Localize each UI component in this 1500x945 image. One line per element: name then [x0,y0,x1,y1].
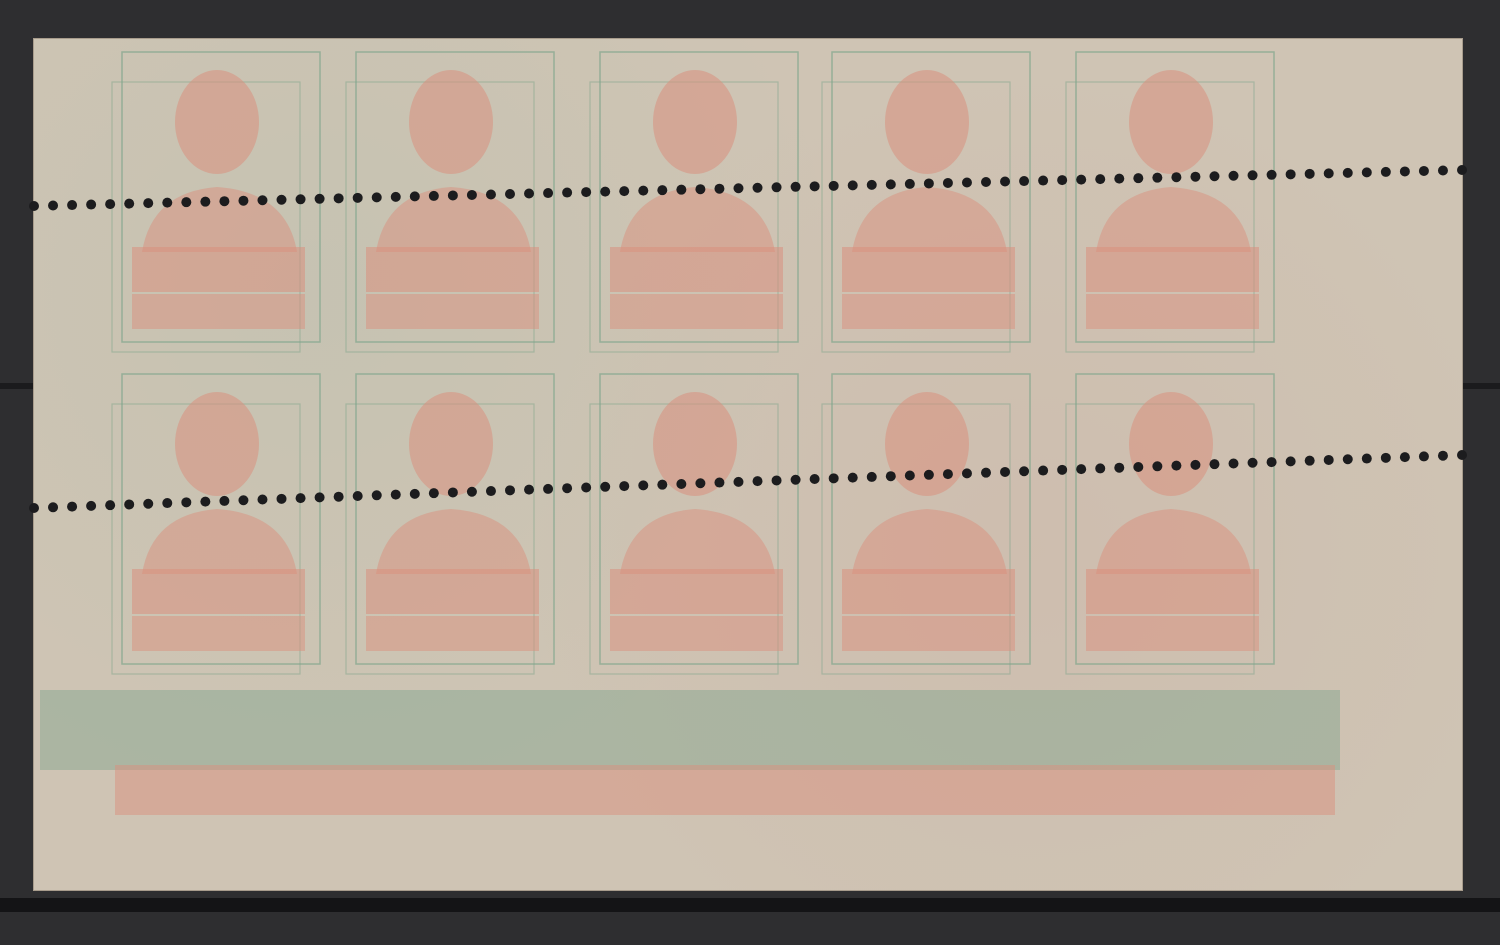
perforation-hole [962,177,972,187]
perforation-hole [810,474,820,484]
perforation-hole [429,488,439,498]
perforation-hole [791,182,801,192]
perforation-hole [1400,452,1410,462]
perforation-hole [924,178,934,188]
perforation-hole [1362,167,1372,177]
perforation-hole [638,480,648,490]
perforation-hole [1248,458,1258,468]
perforation-hole [1457,450,1467,460]
perforation-hole [1057,175,1067,185]
perforation-hole [1209,171,1219,181]
perforation-hole [257,495,267,505]
perforation-hole [410,489,420,499]
perforation-hole [1457,165,1467,175]
perforation-hole [1152,461,1162,471]
perforation-hole [733,477,743,487]
perforation-hole [1076,175,1086,185]
perforation-hole [162,498,172,508]
perforation-hole [391,192,401,202]
perforation-hole [1419,166,1429,176]
perforation-hole [1438,451,1448,461]
stamp-block-illustration [0,0,1500,945]
perforation-hole [886,179,896,189]
perforation-hole [505,189,515,199]
perforation-hole [372,192,382,202]
perforation-hole [753,183,763,193]
perforation-hole [1171,461,1181,471]
perforation-hole [943,469,953,479]
perforation-hole [1019,176,1029,186]
perforation-hole [1419,451,1429,461]
perforation-hole [1190,460,1200,470]
perforation-hole [67,502,77,512]
perforation-hole [1324,168,1334,178]
perforation-hole [86,501,96,511]
perforation-hole [200,197,210,207]
perforation-hole [296,493,306,503]
perforation-hole [1381,167,1391,177]
perforation-hole [657,480,667,490]
perforation-hole [543,188,553,198]
perforation-hole [1400,166,1410,176]
perforation-hole [886,471,896,481]
perforation-hole [810,181,820,191]
perforation-hole [1286,169,1296,179]
perforation-hole [238,196,248,206]
perforation-hole [676,185,686,195]
perforation-hole [1038,466,1048,476]
perforation-hole [791,475,801,485]
perforation-hole [315,492,325,502]
perforation-hole [848,180,858,190]
perforation-hole [372,490,382,500]
perforation-hole [1324,455,1334,465]
perforation-hole [296,194,306,204]
perforation-hole [867,180,877,190]
perforation-hole [962,468,972,478]
perforation-hole [353,491,363,501]
portrait-head [653,70,737,174]
perforation-hole [772,182,782,192]
perforation-hole [1171,172,1181,182]
portrait-head [1129,70,1213,174]
perforation-hole [277,494,287,504]
perforation-hole [48,201,58,211]
perforation-hole [600,187,610,197]
portrait-head [409,392,493,496]
perforation-hole [943,178,953,188]
perforation-hole [143,198,153,208]
perforation-hole [334,492,344,502]
perforation-hole [600,482,610,492]
perforation-hole [676,479,686,489]
perforation-hole [467,190,477,200]
perforation-hole [1286,456,1296,466]
perforation-hole [181,197,191,207]
perforation-hole [848,473,858,483]
perforation-hole [277,195,287,205]
perforation-hole [486,189,496,199]
perforation-hole [524,189,534,199]
perforation-hole [143,499,153,509]
perforation-hole [1095,463,1105,473]
perforation-hole [1209,459,1219,469]
perforation-hole [1381,453,1391,463]
perforation-hole [1019,466,1029,476]
portrait-head [885,392,969,496]
perforation-hole [1229,171,1239,181]
perforation-hole [581,483,591,493]
perforation-hole [695,184,705,194]
perforation-hole [1057,465,1067,475]
perforation-hole [181,497,191,507]
perforation-hole [429,191,439,201]
perforation-hole [1305,169,1315,179]
perforation-hole [124,499,134,509]
perforation-hole [924,470,934,480]
perforation-hole [1438,165,1448,175]
perforation-hole [753,476,763,486]
perforation-hole [1267,170,1277,180]
perforation-hole [467,487,477,497]
perforation-hole [1267,457,1277,467]
perforation-hole [486,486,496,496]
perforation-hole [238,495,248,505]
perforation-hole [733,183,743,193]
perforation-hole [1114,463,1124,473]
perforation-hole [1000,467,1010,477]
perforation-hole [543,484,553,494]
perforation-hole [29,201,39,211]
perforation-hole [562,483,572,493]
perforation-hole [1362,454,1372,464]
perforation-hole [1000,177,1010,187]
perforation-hole [867,472,877,482]
perforation-hole [562,188,572,198]
perforation-hole [829,473,839,483]
perforation-hole [524,485,534,495]
perforation-hole [772,475,782,485]
perforation-hole [448,487,458,497]
perforation-hole [67,200,77,210]
perforation-hole [257,195,267,205]
perforation-hole [581,187,591,197]
perforation-hole [391,490,401,500]
perforation-hole [124,199,134,209]
perforation-hole [505,485,515,495]
perforation-hole [1190,172,1200,182]
perforation-hole [695,478,705,488]
perforation-hole [714,478,724,488]
perforation-hole [1114,174,1124,184]
perforation-hole [1229,458,1239,468]
perforation-hole [105,500,115,510]
perforation-hole [29,503,39,513]
perforation-hole [619,186,629,196]
perforation-hole [905,179,915,189]
perforation-hole [200,497,210,507]
perforation-hole [162,198,172,208]
perforation-hole [1305,456,1315,466]
perforation-hole [410,191,420,201]
perforation-hole [1133,173,1143,183]
perforation-hole [981,468,991,478]
portrait-head [175,392,259,496]
perforation-hole [334,193,344,203]
perforation-hole [48,502,58,512]
perforation-hole [1343,454,1353,464]
perforation-hole [619,481,629,491]
perforation-hole [219,196,229,206]
perforation-hole [981,177,991,187]
perforation-hole [1095,174,1105,184]
perforation-hole [829,181,839,191]
portrait-head [175,70,259,174]
perforation-hole [315,194,325,204]
perforation-hole [1152,173,1162,183]
perforation-hole [714,184,724,194]
perforation-hole [657,185,667,195]
portrait-head [409,70,493,174]
perforation-hole [1248,170,1258,180]
perforation-hole [638,186,648,196]
perforation-hole [1076,464,1086,474]
perforation-hole [448,190,458,200]
perforation-hole [105,199,115,209]
perforation-hole [1343,168,1353,178]
margin-red-bar [115,765,1335,815]
perforation-hole [219,496,229,506]
margin-green-bar [40,690,1340,770]
portrait-head [1129,392,1213,496]
portrait-head [885,70,969,174]
perforation-hole [1133,462,1143,472]
perforation-hole [86,200,96,210]
perforation-hole [1038,176,1048,186]
perforation-hole [905,470,915,480]
portrait-head [653,392,737,496]
perforation-hole [353,193,363,203]
